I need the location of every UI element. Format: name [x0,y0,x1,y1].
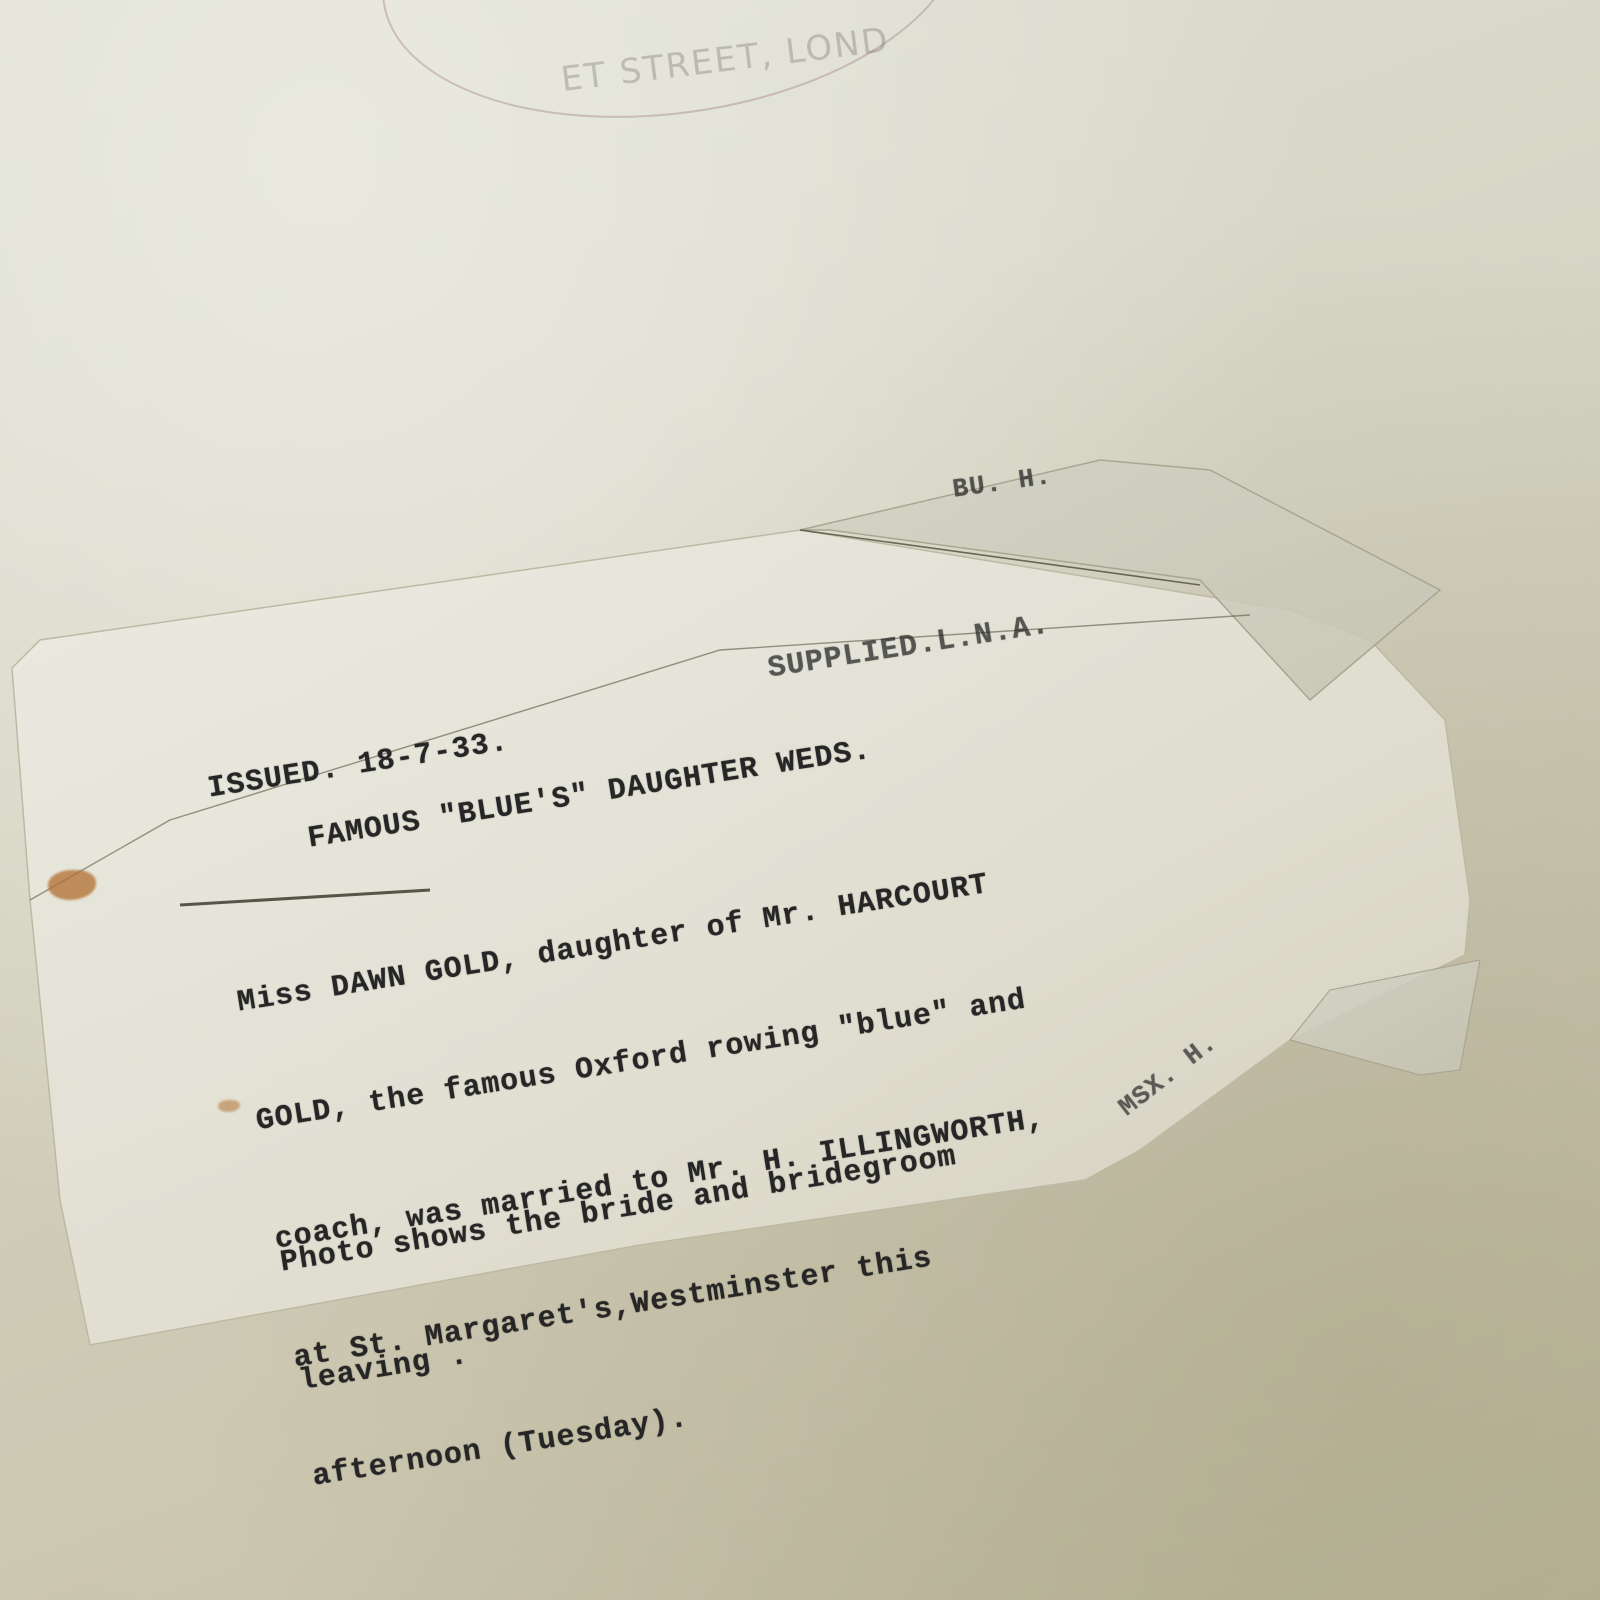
supplied-by-text: SUPPLIED.L.N.A. [765,605,1053,689]
photo-line: leaving . [296,1256,978,1403]
top-fragment-text: BU. H. [950,456,1054,509]
photo-line: Photo shows the bride and bridegroom [278,1137,960,1284]
rust-stain-1 [48,870,96,900]
margin-note: MSX. H. [1110,1023,1226,1126]
rust-stain-2 [218,1100,240,1112]
caption-line: Miss DAWN GOLD, daughter of Mr. HARCOURT [235,862,1011,1023]
